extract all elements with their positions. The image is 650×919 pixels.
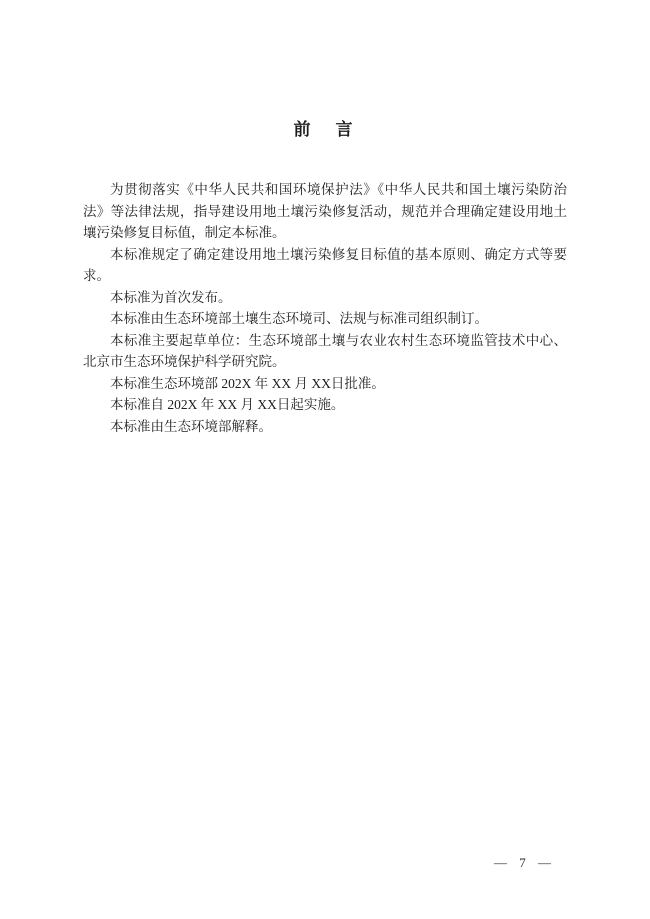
document-page: 前 言 为贯彻落实《中华人民共和国环境保护法》《中华人民共和国土壤污染防治法》等… — [0, 0, 650, 919]
paragraph-organizer: 本标准由生态环境部土壤生态环境司、法规与标准司组织制订。 — [83, 308, 567, 330]
page-footer: — 7 — — [494, 855, 551, 871]
paragraph-scope: 本标准规定了确定建设用地土壤污染修复目标值的基本原则、确定方式等要求。 — [83, 244, 567, 287]
document-body: 为贯彻落实《中华人民共和国环境保护法》《中华人民共和国土壤污染防治法》等法律法规… — [83, 179, 567, 437]
paragraph-purpose: 为贯彻落实《中华人民共和国环境保护法》《中华人民共和国土壤污染防治法》等法律法规… — [83, 179, 567, 244]
paragraph-first-issue: 本标准为首次发布。 — [83, 287, 567, 309]
paragraph-approval-date: 本标准生态环境部 202X 年 XX 月 XX日批准。 — [83, 373, 567, 395]
footer-dash-right: — — [538, 855, 551, 870]
page-title: 前 言 — [0, 115, 650, 140]
paragraph-interpretation: 本标准由生态环境部解释。 — [83, 416, 567, 438]
page-number: 7 — [519, 855, 526, 870]
footer-dash-left: — — [494, 855, 507, 870]
paragraph-implementation-date: 本标准自 202X 年 XX 月 XX日起实施。 — [83, 394, 567, 416]
paragraph-drafting-units: 本标准主要起草单位：生态环境部土壤与农业农村生态环境监管技术中心、北京市生态环境… — [83, 330, 567, 373]
